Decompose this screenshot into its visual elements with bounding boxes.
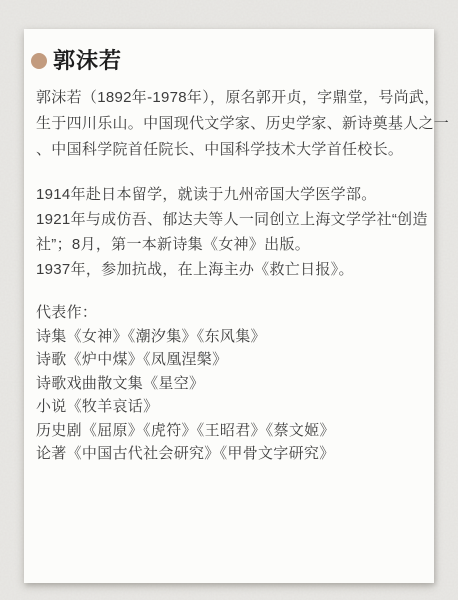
card-header: 郭沫若 <box>36 49 418 73</box>
works-item: 论著《中国古代社会研究》《甲骨文字研究》 <box>36 442 418 466</box>
intro-line: 、中国科学院首任院长、中国科学技术大学首任校长。 <box>36 137 418 163</box>
timeline-line: 1937年，参加抗战，在上海主办《救亡日报》。 <box>36 257 418 282</box>
works-item: 历史剧《屈原》《虎符》《王昭君》《蔡文姬》 <box>36 419 418 443</box>
works-item: 小说《牧羊哀话》 <box>36 395 418 419</box>
works-heading: 代表作： <box>36 301 418 325</box>
bullet-dot-icon <box>31 53 47 69</box>
works-item: 诗歌《炉中煤》《凤凰涅槃》 <box>36 348 418 372</box>
timeline-line: 1921年与成仿吾、郁达夫等人一同创立上海文学学社“创造 <box>36 207 418 232</box>
intro-line: 生于四川乐山。中国现代文学家、历史学家、新诗奠基人之一 <box>36 111 418 137</box>
timeline-paragraph: 1914年赴日本留学，就读于九州帝国大学医学部。 1921年与成仿吾、郁达夫等人… <box>36 182 418 282</box>
intro-paragraph: 郭沫若（1892年-1978年），原名郭开贞，字鼎堂，号尚武， 生于四川乐山。中… <box>36 85 418 163</box>
timeline-line: 1914年赴日本留学，就读于九州帝国大学医学部。 <box>36 182 418 207</box>
works-item: 诗歌戏曲散文集《星空》 <box>36 372 418 396</box>
works-section: 代表作： 诗集《女神》《潮汐集》《东风集》 诗歌《炉中煤》《凤凰涅槃》 诗歌戏曲… <box>36 301 418 466</box>
works-item: 诗集《女神》《潮汐集》《东风集》 <box>36 325 418 349</box>
profile-card: 郭沫若 郭沫若（1892年-1978年），原名郭开贞，字鼎堂，号尚武， 生于四川… <box>24 29 434 583</box>
page-title: 郭沫若 <box>53 49 122 73</box>
intro-line: 郭沫若（1892年-1978年），原名郭开贞，字鼎堂，号尚武， <box>36 85 418 111</box>
timeline-line: 社”；8月，第一本新诗集《女神》出版。 <box>36 232 418 257</box>
